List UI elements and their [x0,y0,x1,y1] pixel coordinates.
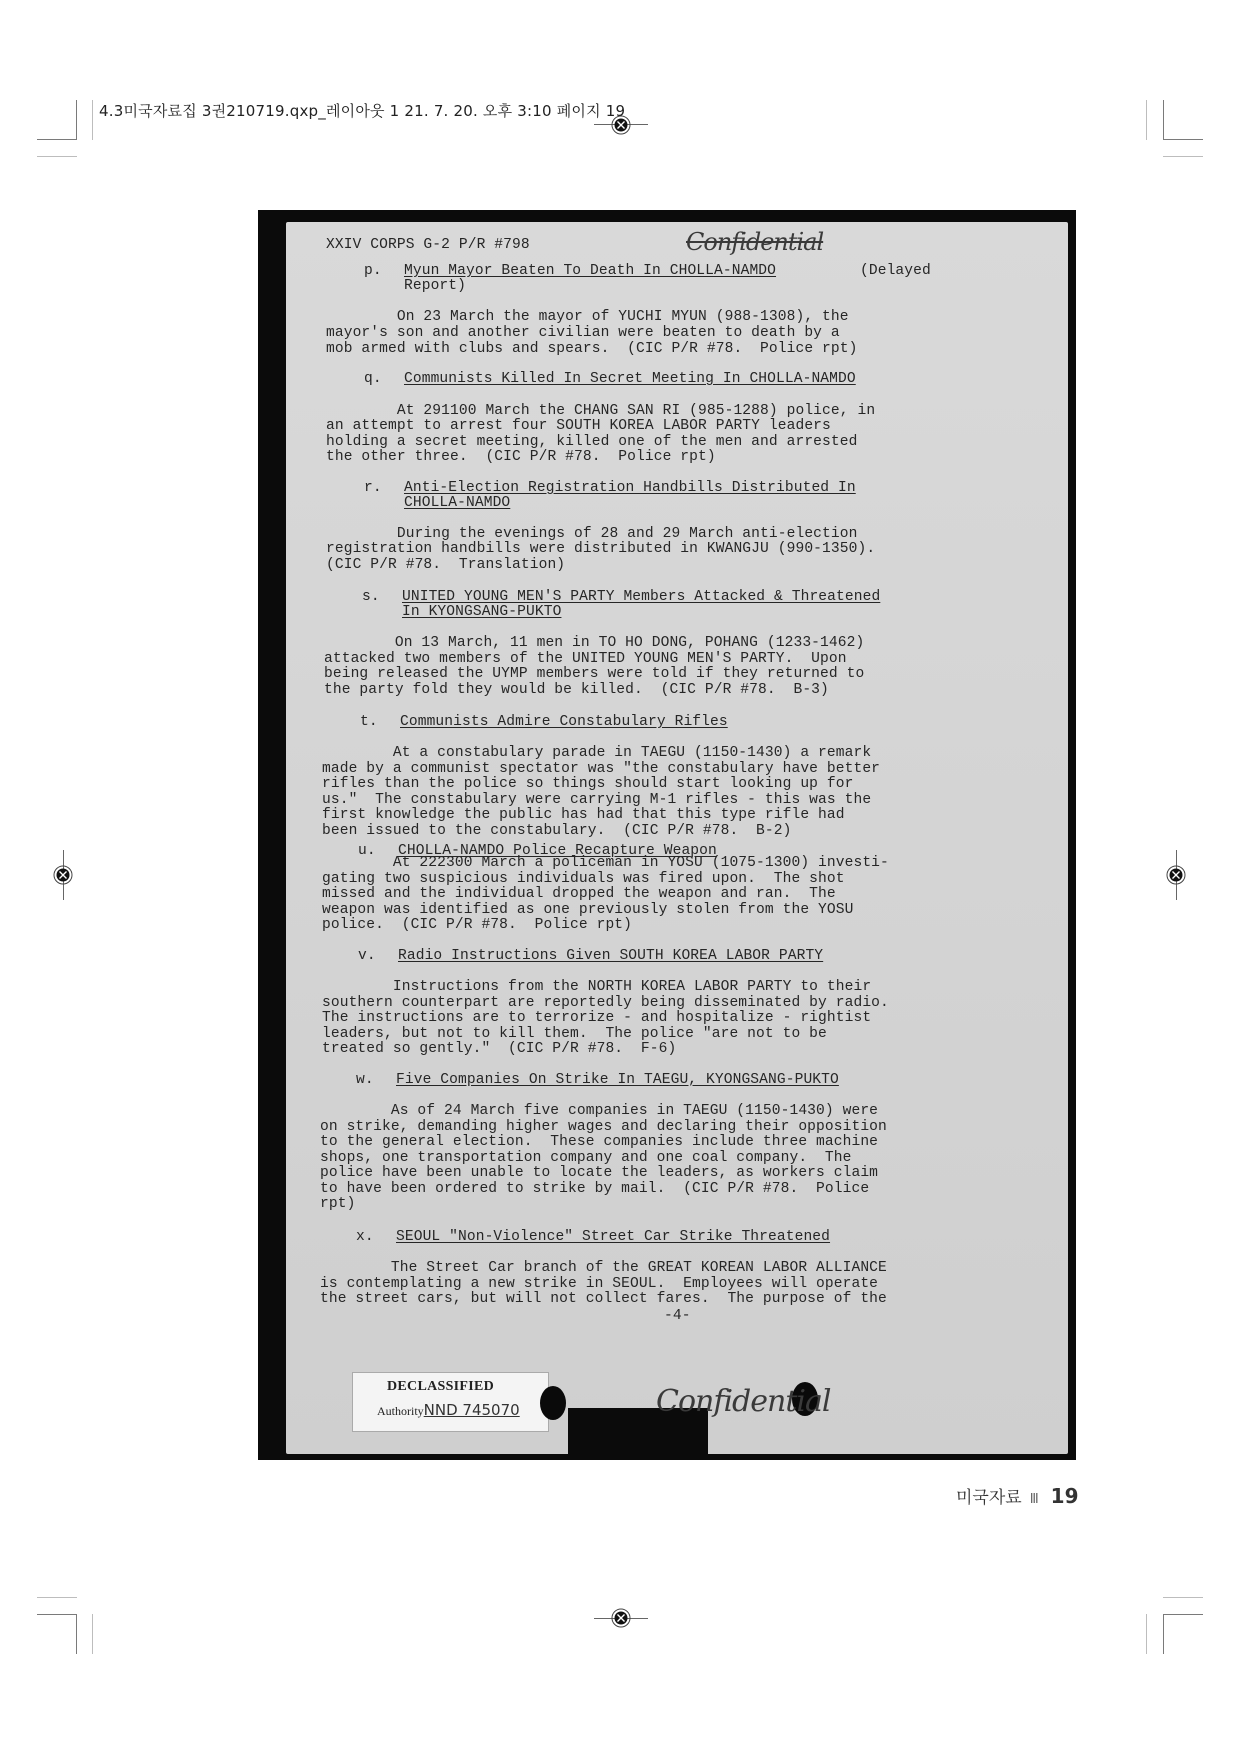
crop-mark [92,1614,93,1654]
section-body-line: treated so gently." (CIC P/R #78. F-6) [322,1042,676,1058]
crop-mark [1163,1597,1203,1598]
crop-mark [37,1597,77,1598]
page-marker: -4- [664,1309,691,1325]
section-body-line: The instructions are to terrorize - and … [322,1011,871,1027]
authority-label: Authority [377,1404,424,1418]
footer-section-label: 미국자료 [956,1488,1022,1508]
section-body-line: police have been unable to locate the le… [320,1166,878,1182]
section-body-line: an attempt to arrest four SOUTH KOREA LA… [326,419,831,435]
crop-mark [1163,156,1203,157]
section-title: Communists Killed In Secret Meeting In C… [404,372,856,388]
section-title: Five Companies On Strike In TAEGU, KYONG… [396,1073,839,1089]
page-footer: 미국자료Ⅲ19 [956,1483,1079,1508]
section-title-line2: In KYONGSANG-PUKTO [402,605,561,621]
section-body-line: At a constabulary parade in TAEGU (1150-… [322,746,871,762]
crop-mark [1146,1614,1147,1654]
crop-mark [76,1614,77,1654]
declassified-title: DECLASSIFIED [387,1379,494,1395]
document-header: XXIV CORPS G-2 P/R #798 [326,238,530,254]
handwritten-confidential-top: Confidential [686,228,823,256]
punch-hole [540,1386,566,1420]
section-body-line: mob armed with clubs and spears. (CIC P/… [326,342,857,358]
section-body-line: first knowledge the public has had that … [322,808,845,824]
section-letter: t. [360,715,378,731]
section-body-line: to have been ordered to strike by mail. … [320,1182,869,1198]
section-body-line: the street cars, but will not collect fa… [320,1292,887,1308]
section-body-line: the party fold they would be killed. (CI… [324,683,829,699]
section-title-line2: CHOLLA-NAMDO [404,496,510,512]
section-title: SEOUL "Non-Violence" Street Car Strike T… [396,1230,830,1246]
section-letter: s. [362,590,380,606]
section-letter: x. [356,1230,374,1246]
crop-mark [37,156,77,157]
registration-mark-icon [52,864,74,886]
crop-mark [37,1614,77,1615]
section-body-line: rifles than the police so things should … [322,777,853,793]
crop-mark [1146,100,1147,140]
crop-mark [1163,1614,1164,1654]
section-body-line: missed and the individual dropped the we… [322,887,836,903]
registration-mark-icon [1165,864,1187,886]
section-letter: v. [358,949,376,965]
section-body-line: police. (CIC P/R #78. Police rpt) [322,918,632,934]
crop-mark [37,139,77,140]
section-body-line: Instructions from the NORTH KOREA LABOR … [322,980,871,996]
section-body-line: At 222300 March a policeman in YOSU (107… [322,856,889,872]
section-body-line: (CIC P/R #78. Translation) [326,558,565,574]
print-slug: 4.3미국자료집 3권210719.qxp_레이아웃 1 21. 7. 20. … [99,100,625,121]
crop-mark [92,100,93,140]
handwritten-confidential-bottom: Confidential [656,1384,830,1419]
scanned-document: XXIV CORPS G-2 P/R #798 Confidential p. … [258,210,1076,1460]
footer-separator: Ⅲ [1030,1492,1039,1507]
section-body-line: been issued to the constabulary. (CIC P/… [322,824,791,840]
declassified-stamp: DECLASSIFIED AuthorityNND 745070 [352,1372,549,1432]
section-title-line2: Report) [404,279,466,295]
section-body-line: to the general election. These companies… [320,1135,878,1151]
section-body-line: On 23 March the mayor of YUCHI MYUN (988… [326,310,849,326]
section-body-line: On 13 March, 11 men in TO HO DONG, POHAN… [324,636,864,652]
section-body-line: As of 24 March five companies in TAEGU (… [320,1104,878,1120]
section-body-line: mayor's son and another civilian were be… [326,326,840,342]
crop-mark [1163,100,1164,140]
section-body-line: being released the UYMP members were tol… [324,667,864,683]
section-title-suffix: (Delayed [860,264,931,280]
section-body-line: registration handbills were distributed … [326,542,875,558]
authority-number: NND 745070 [424,1401,520,1419]
crop-mark [1163,139,1203,140]
document-paper: XXIV CORPS G-2 P/R #798 Confidential p. … [286,222,1068,1454]
section-letter: r. [364,481,382,497]
section-body-line: rpt) [320,1197,355,1213]
footer-page-number: 19 [1051,1484,1079,1508]
registration-mark-icon [610,1607,632,1629]
section-letter: p. [364,264,382,280]
crop-mark [76,100,77,140]
declassified-authority: AuthorityNND 745070 [377,1401,520,1419]
section-body-line: the other three. (CIC P/R #78. Police rp… [326,450,716,466]
section-title: Communists Admire Constabulary Rifles [400,715,728,731]
section-letter: q. [364,372,382,388]
section-body-line: The Street Car branch of the GREAT KOREA… [320,1261,887,1277]
crop-mark [1163,1614,1203,1615]
section-title: Radio Instructions Given SOUTH KOREA LAB… [398,949,823,965]
section-letter: w. [356,1073,374,1089]
